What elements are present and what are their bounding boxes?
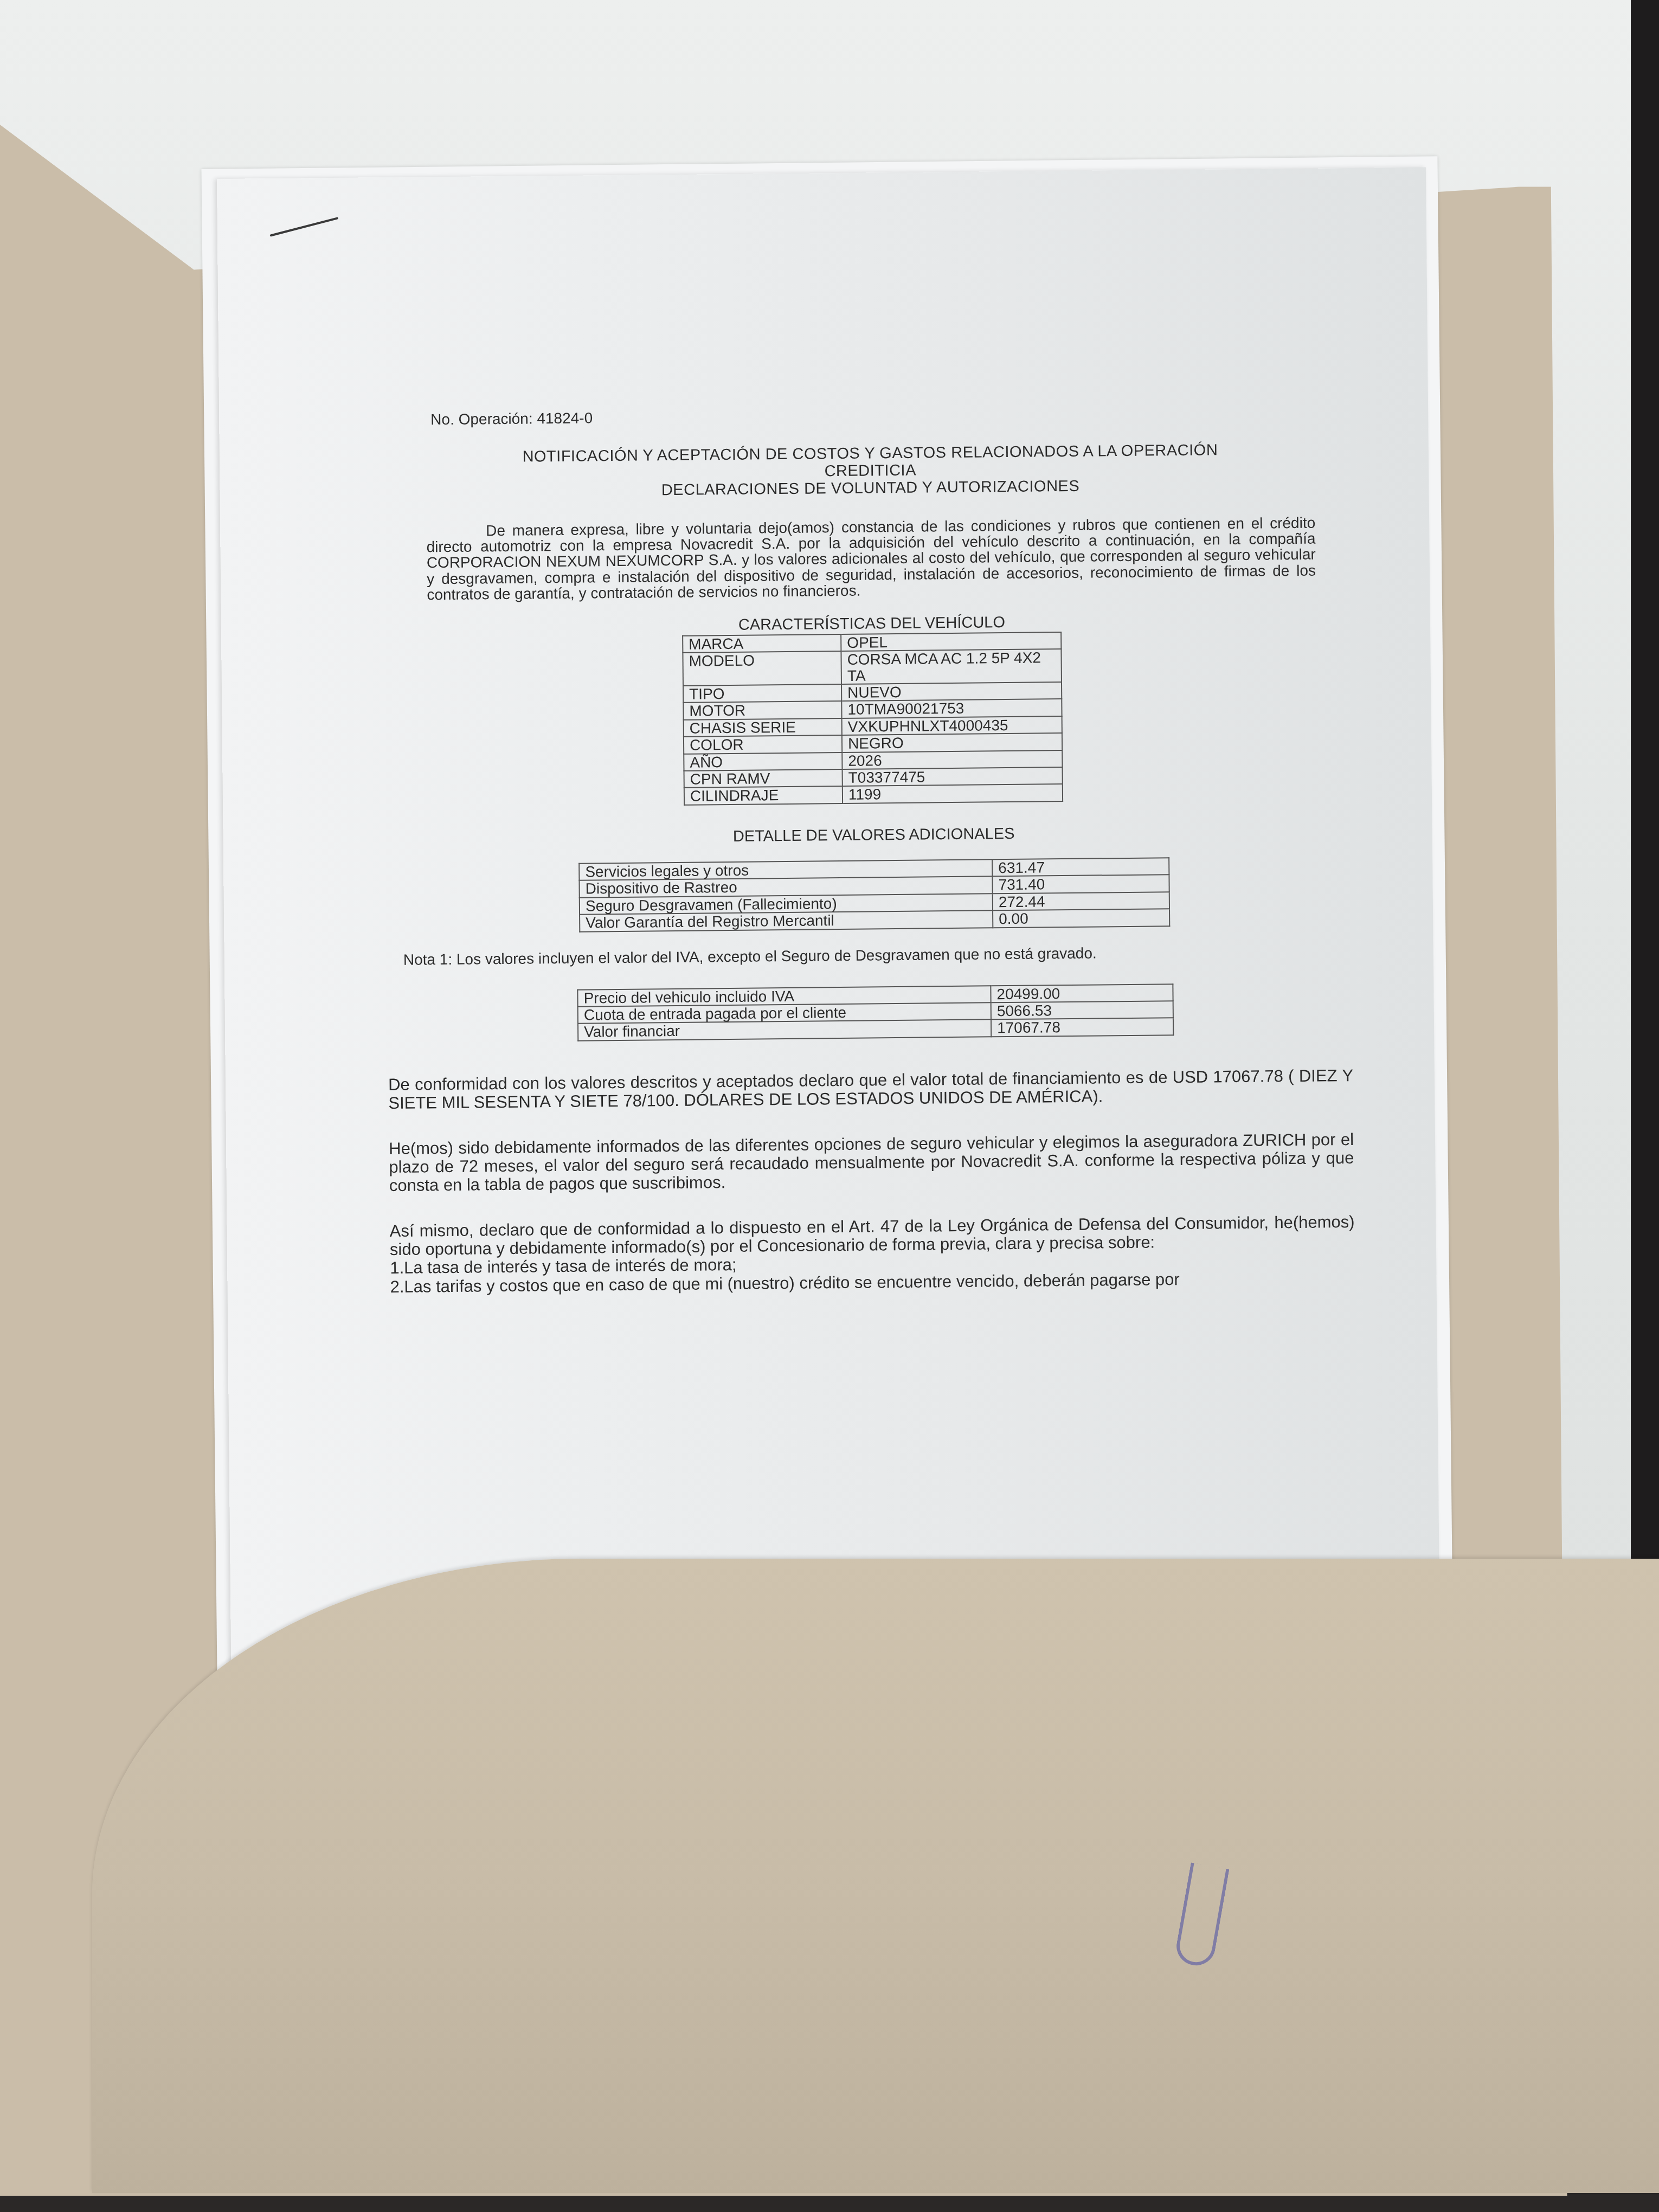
folder-pocket [92,1559,1659,2193]
row-value: T03377475 [843,767,1063,786]
row-value: 2026 [842,750,1062,769]
price-table: Precio del vehiculo incluido IVA20499.00… [577,983,1174,1041]
row-value: 20499.00 [991,984,1173,1003]
insurance-paragraph: He(mos) sido debidamente informados de l… [389,1130,1354,1195]
row-value: 10TMA90021753 [841,699,1062,718]
row-label: MARCA [683,634,841,653]
row-label: CPN RAMV [684,769,843,788]
additional-values-caption: DETALLE DE VALORES ADICIONALES [429,821,1319,849]
row-value: VXKUPHNLXT4000435 [842,716,1062,735]
row-value: 1199 [843,784,1063,803]
additional-values-table: Servicios legales y otros631.47Dispositi… [578,857,1170,932]
row-value: 5066.53 [991,1001,1173,1020]
row-label: Valor Garantía del Registro Mercantil [580,911,993,932]
table-row: CILINDRAJE1199 [684,784,1063,805]
row-label: CILINDRAJE [684,786,843,805]
document-body: No. Operación: 41824-0 NOTIFICACIÓN Y AC… [425,402,1323,1296]
row-label: MODELO [683,651,841,686]
intro-paragraph: De manera expresa, libre y voluntaria de… [426,515,1316,603]
row-value: NEGRO [842,733,1062,752]
pen-mark-icon [269,217,338,237]
row-value: 17067.78 [991,1018,1173,1037]
note-text: Nota 1: Los valores incluyen el valor de… [403,941,1320,969]
row-value: 0.00 [993,909,1169,928]
vehicle-table: MARCAOPELMODELOCORSA MCA AC 1.2 5P 4X2 T… [682,632,1063,806]
row-value: NUEVO [841,682,1062,701]
document-title: NOTIFICACIÓN Y ACEPTACIÓN DE COSTOS Y GA… [426,441,1315,501]
operation-number: No. Operación: 41824-0 [430,402,1314,429]
row-value: 631.47 [992,858,1169,877]
row-value: 272.44 [993,892,1169,911]
row-label: AÑO [684,753,842,771]
row-label: TIPO [683,684,841,703]
row-value: CORSA MCA AC 1.2 5P 4X2 TA [841,649,1062,684]
row-label: COLOR [684,735,842,754]
row-value: OPEL [841,632,1061,651]
financing-paragraph: De conformidad con los valores descritos… [388,1066,1354,1113]
row-label: MOTOR [683,701,841,719]
row-value: 731.40 [992,875,1169,894]
row-label: CHASIS SERIE [684,718,842,737]
row-label: Valor financiar [578,1020,991,1041]
table-row: MODELOCORSA MCA AC 1.2 5P 4X2 TA [683,649,1062,685]
